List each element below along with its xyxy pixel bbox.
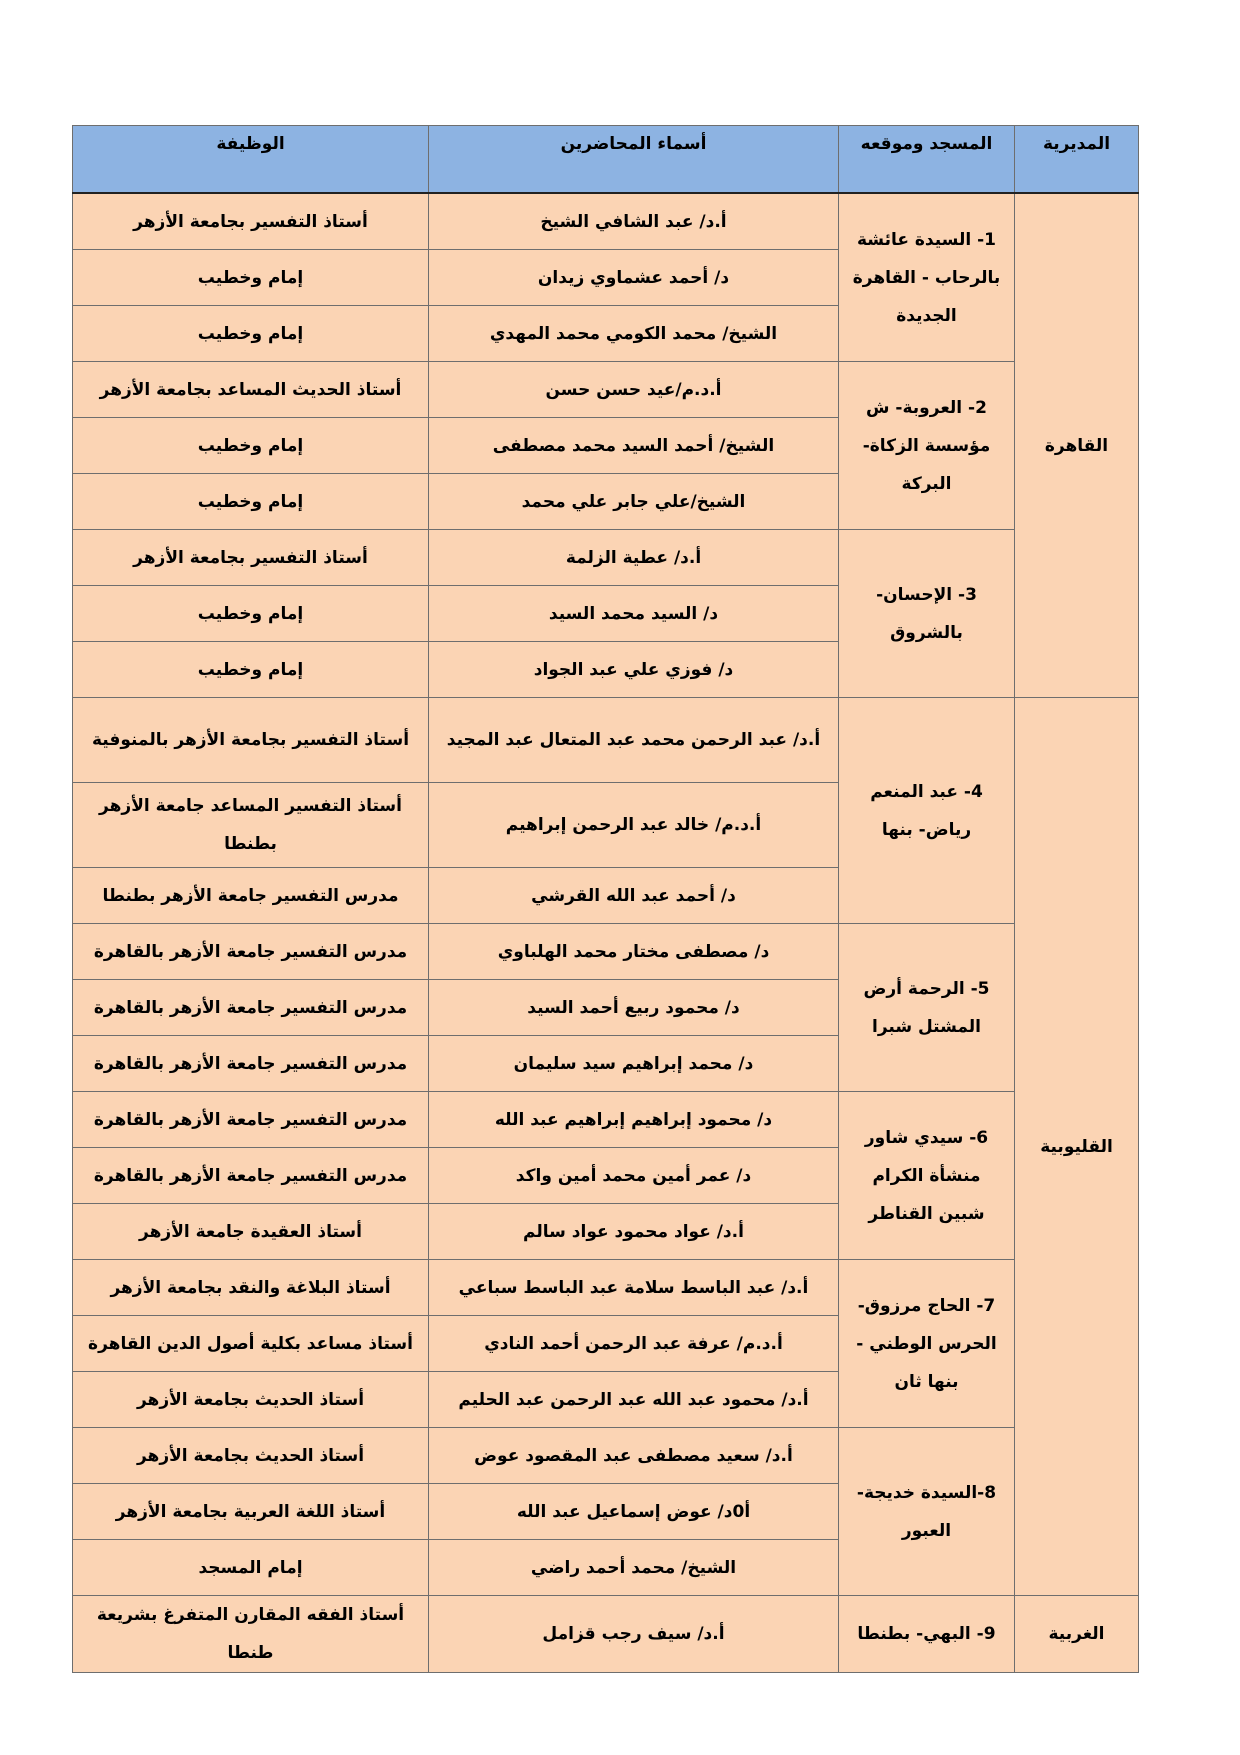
lecturer-name: أ.د/ عبد الرحمن محمد عبد المتعال عبد الم… (429, 698, 839, 783)
mosque-cell: 6- سيدي شاور منشأة الكرام شبين القناطر (839, 1092, 1015, 1260)
mosque-cell: 3- الإحسان- بالشروق (839, 530, 1015, 698)
lecturer-job: أستاذ التفسير المساعد جامعة الأزهر بطنطا (73, 783, 429, 868)
lecturer-job: إمام وخطيب (73, 306, 429, 362)
lecturer-job: مدرس التفسير جامعة الأزهر بالقاهرة (73, 980, 429, 1036)
lecturer-job: إمام وخطيب (73, 474, 429, 530)
directorate-cell: الغربية (1015, 1596, 1139, 1673)
table-row: 8-السيدة خديجة- العبور أ.د/ سعيد مصطفى ع… (73, 1428, 1139, 1484)
lecturer-name: الشيخ/علي جابر علي محمد (429, 474, 839, 530)
lecturer-name: الشيخ/ محمد أحمد راضي (429, 1540, 839, 1596)
lecturer-job: إمام وخطيب (73, 642, 429, 698)
lecturer-job: إمام وخطيب (73, 250, 429, 306)
lecturer-job: إمام المسجد (73, 1540, 429, 1596)
mosque-cell: 4- عبد المنعم رياض- بنها (839, 698, 1015, 924)
lecturer-job: أستاذ التفسير بجامعة الأزهر (73, 530, 429, 586)
lecturer-name: أ.د.م/عيد حسن حسن (429, 362, 839, 418)
lecturer-name: أ.د/ محمود عبد الله عبد الرحمن عبد الحلي… (429, 1372, 839, 1428)
header-job: الوظيفة (73, 126, 429, 194)
header-directorate: المديرية (1015, 126, 1139, 194)
lecturer-name: أ.د/ عواد محمود عواد سالم (429, 1204, 839, 1260)
lecturer-job: أستاذ مساعد بكلية أصول الدين القاهرة (73, 1316, 429, 1372)
lecturer-job: مدرس التفسير جامعة الأزهر بالقاهرة (73, 1092, 429, 1148)
table-row: 3- الإحسان- بالشروق أ.د/ عطية الزلمة أست… (73, 530, 1139, 586)
table-row: 5- الرحمة أرض المشتل شبرا د/ مصطفى مختار… (73, 924, 1139, 980)
table-row: القاهرة 1- السيدة عائشة بالرحاب - القاهر… (73, 193, 1139, 250)
lecturer-job: مدرس التفسير جامعة الأزهر بالقاهرة (73, 924, 429, 980)
lecturer-job: مدرس التفسير جامعة الأزهر بطنطا (73, 868, 429, 924)
mosque-cell: 8-السيدة خديجة- العبور (839, 1428, 1015, 1596)
header-names: أسماء المحاضرين (429, 126, 839, 194)
lecturer-name: أ.د/ سيف رجب قزامل (429, 1596, 839, 1673)
header-mosque: المسجد وموقعه (839, 126, 1015, 194)
lecturer-name: أ.د/ عطية الزلمة (429, 530, 839, 586)
lecturer-name: د/ أحمد عبد الله القرشي (429, 868, 839, 924)
lecturer-name: د/ محمود إبراهيم إبراهيم عبد الله (429, 1092, 839, 1148)
lecturer-job: أستاذ التفسير بجامعة الأزهر بالمنوفية (73, 698, 429, 783)
table-row: 7- الحاج مرزوق- الحرس الوطني - بنها ثان … (73, 1260, 1139, 1316)
directorate-cell: القاهرة (1015, 193, 1139, 698)
mosque-cell: 2- العروبة- ش مؤسسة الزكاة- البركة (839, 362, 1015, 530)
lecturer-job: أستاذ البلاغة والنقد بجامعة الأزهر (73, 1260, 429, 1316)
lecturer-name: د/ محمود ربيع أحمد السيد (429, 980, 839, 1036)
table-header-row: المديرية المسجد وموقعه أسماء المحاضرين ا… (73, 126, 1139, 194)
mosque-cell: 1- السيدة عائشة بالرحاب - القاهرة الجديد… (839, 193, 1015, 362)
lecturer-job: أستاذ الحديث بجامعة الأزهر (73, 1372, 429, 1428)
lecturer-name: أ.د/ سعيد مصطفى عبد المقصود عوض (429, 1428, 839, 1484)
lecturer-name: الشيخ/ محمد الكومي محمد المهدي (429, 306, 839, 362)
lecturer-name: د/ السيد محمد السيد (429, 586, 839, 642)
lecturer-name: أ.د.م/ عرفة عبد الرحمن أحمد النادي (429, 1316, 839, 1372)
mosque-cell: 9- البهي- بطنطا (839, 1596, 1015, 1673)
lecturer-job: أستاذ العقيدة جامعة الأزهر (73, 1204, 429, 1260)
table-row: الغربية 9- البهي- بطنطا أ.د/ سيف رجب قزا… (73, 1596, 1139, 1673)
lecturer-job: مدرس التفسير جامعة الأزهر بالقاهرة (73, 1036, 429, 1092)
directorate-cell: القليوبية (1015, 698, 1139, 1596)
lecturer-name: د/ محمد إبراهيم سيد سليمان (429, 1036, 839, 1092)
lecturer-name: أ.د/ عبد الشافي الشيخ (429, 193, 839, 250)
lecturer-job: أستاذ التفسير بجامعة الأزهر (73, 193, 429, 250)
lecturer-name: د/ فوزي علي عبد الجواد (429, 642, 839, 698)
table-row: 6- سيدي شاور منشأة الكرام شبين القناطر د… (73, 1092, 1139, 1148)
lecturer-job: أستاذ الحديث بجامعة الأزهر (73, 1428, 429, 1484)
table-row: 2- العروبة- ش مؤسسة الزكاة- البركة أ.د.م… (73, 362, 1139, 418)
lecturer-job: أستاذ الفقه المقارن المتفرغ بشريعة طنطا (73, 1596, 429, 1673)
mosque-cell: 7- الحاج مرزوق- الحرس الوطني - بنها ثان (839, 1260, 1015, 1428)
lecturer-name: د/ أحمد عشماوي زيدان (429, 250, 839, 306)
lecturer-job: مدرس التفسير جامعة الأزهر بالقاهرة (73, 1148, 429, 1204)
table-row: القليوبية 4- عبد المنعم رياض- بنها أ.د/ … (73, 698, 1139, 783)
lecturer-name: أ.د.م/ خالد عبد الرحمن إبراهيم (429, 783, 839, 868)
lecturer-name: الشيخ/ أحمد السيد محمد مصطفى (429, 418, 839, 474)
lecturer-job: أستاذ اللغة العربية بجامعة الأزهر (73, 1484, 429, 1540)
lecturer-name: د/ مصطفى مختار محمد الهلباوي (429, 924, 839, 980)
lecturer-job: إمام وخطيب (73, 586, 429, 642)
lecturer-name: د/ عمر أمين محمد أمين واكد (429, 1148, 839, 1204)
lecturer-job: إمام وخطيب (73, 418, 429, 474)
lecturer-name: أ0د/ عوض إسماعيل عبد الله (429, 1484, 839, 1540)
lecturer-job: أستاذ الحديث المساعد بجامعة الأزهر (73, 362, 429, 418)
lecturer-name: أ.د/ عبد الباسط سلامة عبد الباسط سباعي (429, 1260, 839, 1316)
mosque-cell: 5- الرحمة أرض المشتل شبرا (839, 924, 1015, 1092)
lecturers-table: المديرية المسجد وموقعه أسماء المحاضرين ا… (72, 125, 1139, 1673)
